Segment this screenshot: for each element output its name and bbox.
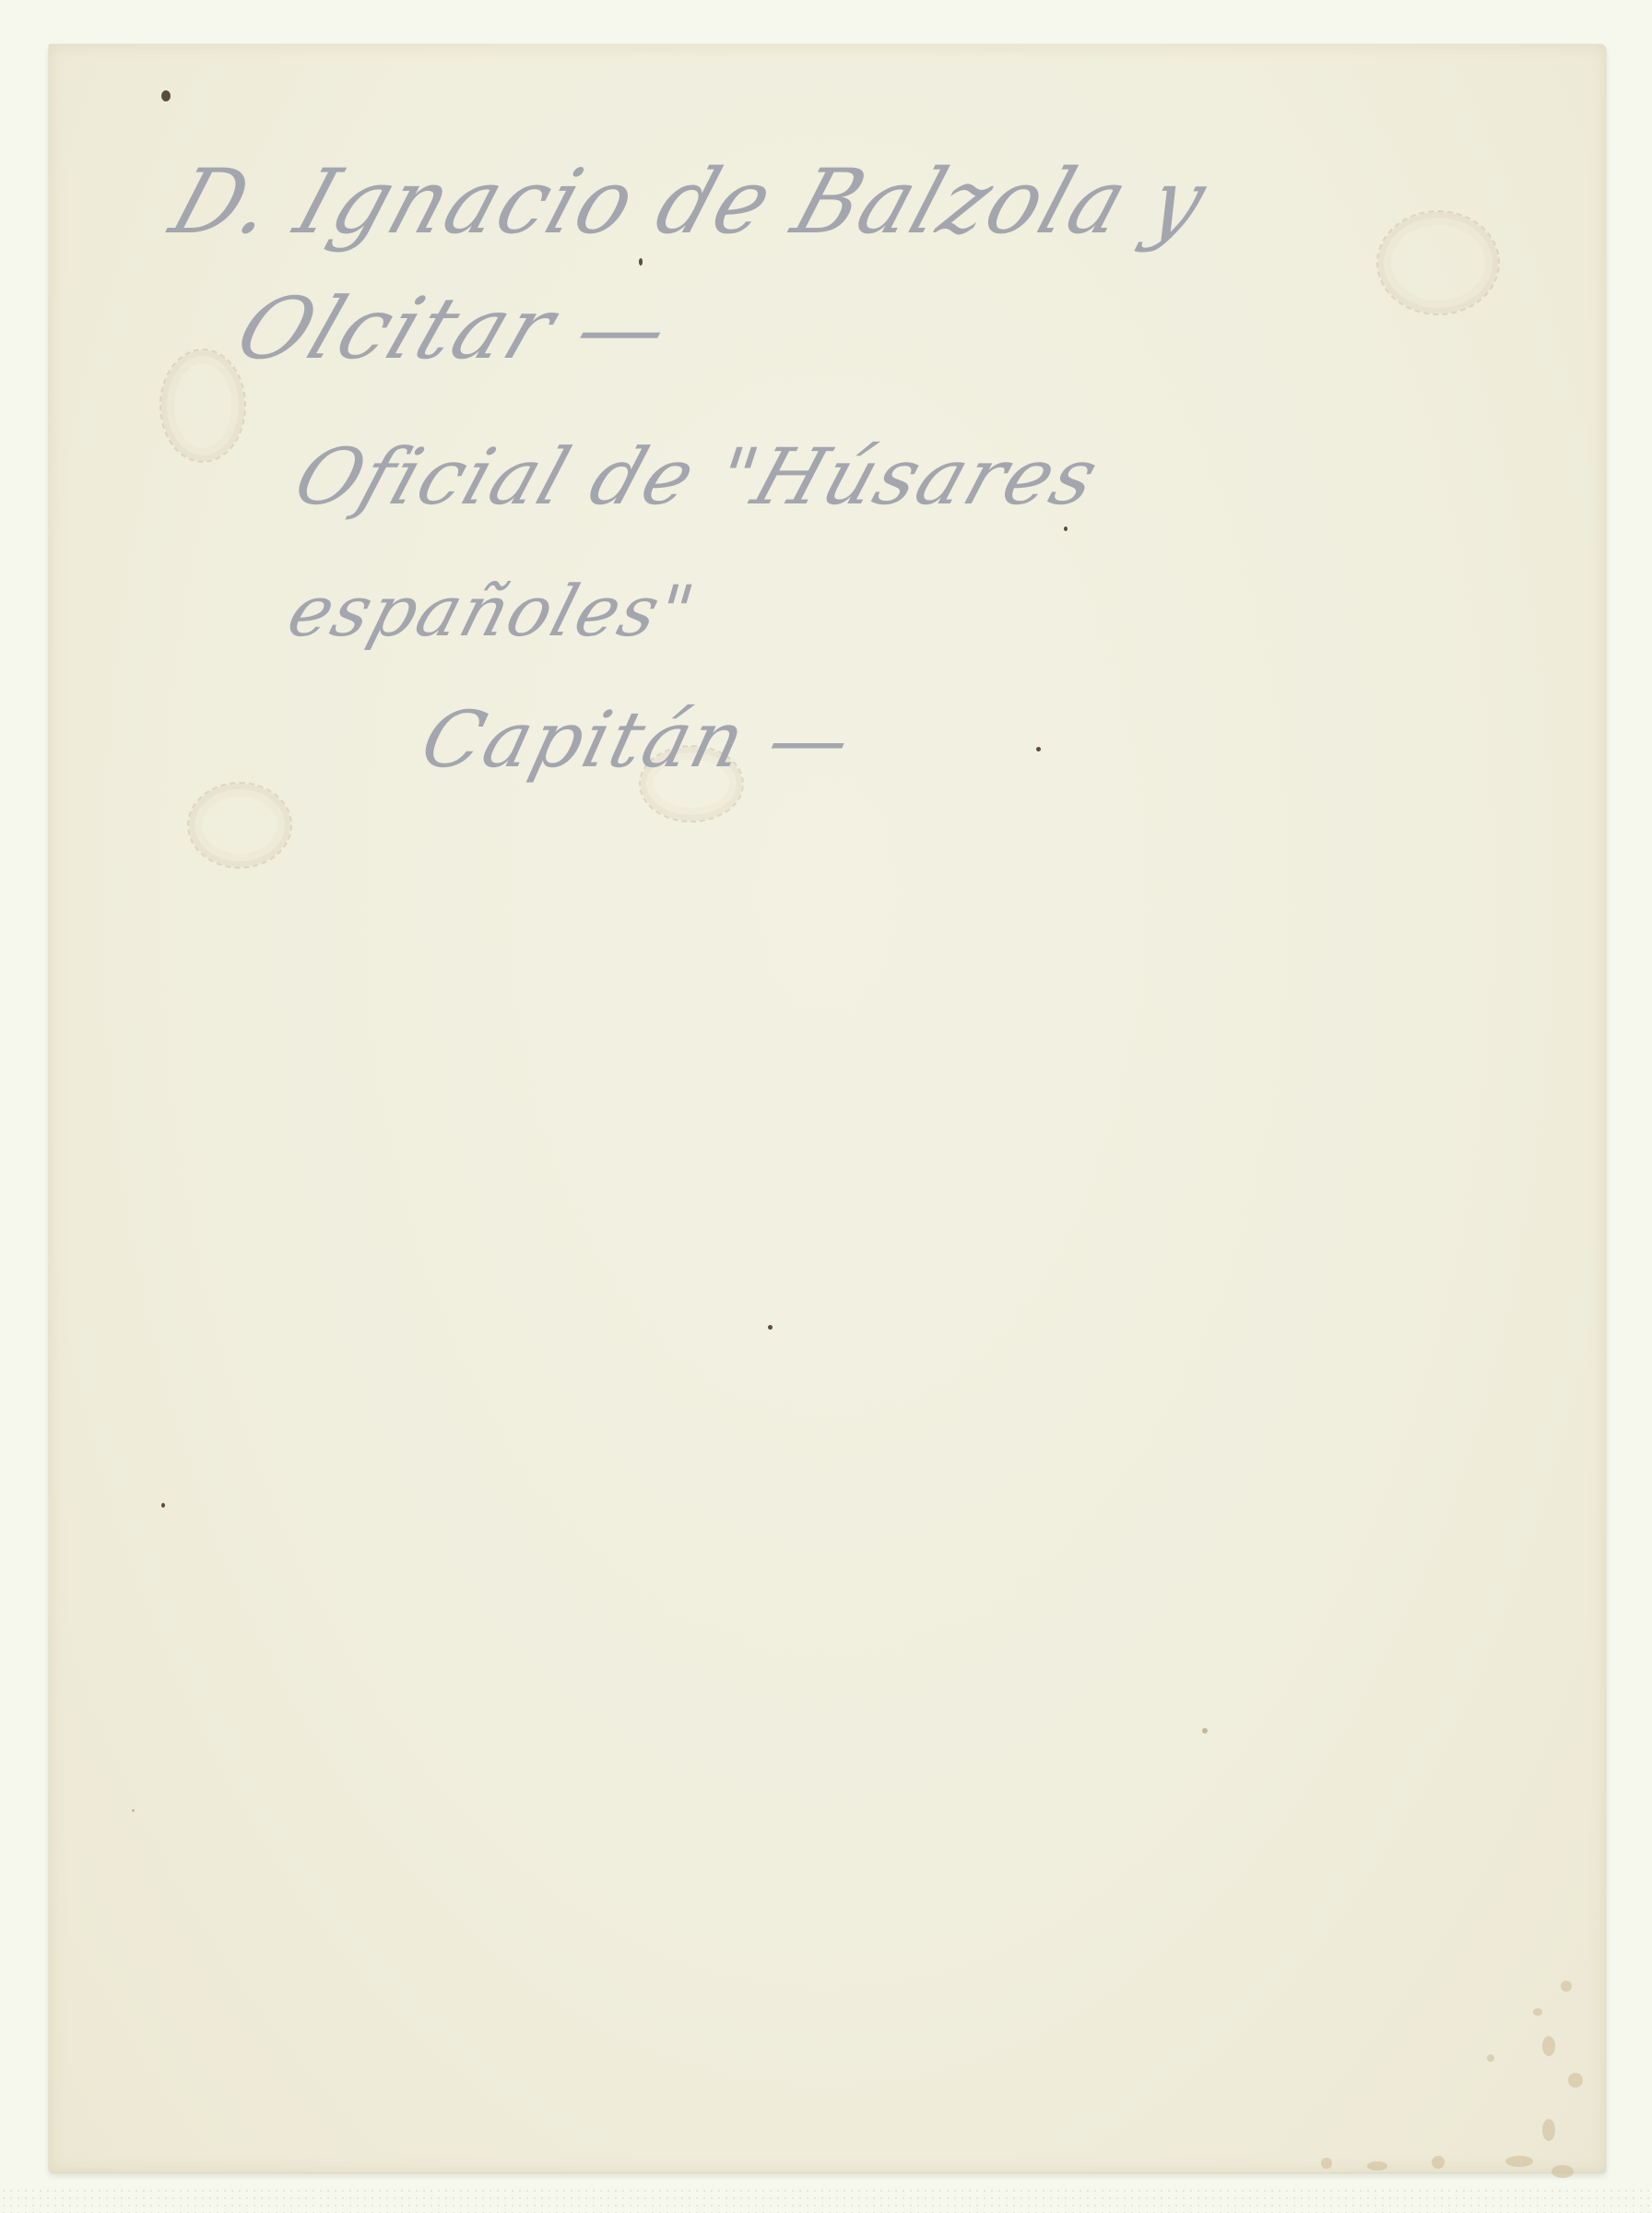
foxing-spot [1321, 2158, 1332, 2169]
foxing-spot [1561, 1981, 1572, 1992]
foxing-spot [1568, 2073, 1583, 2088]
dust-speck [132, 1809, 135, 1812]
paper-sheet: D. Ignacio de Balzola y Olcitar — Oficia… [49, 44, 1606, 2172]
ink-speck [161, 90, 171, 101]
foxing-spot [1542, 2036, 1555, 2056]
foxing-spot [1432, 2156, 1445, 2169]
inscription-line-rank: Oficial de "Húsares [284, 432, 1111, 522]
fingerprint-smudge [187, 782, 292, 869]
inscription-line-surname: Olcitar — [224, 279, 685, 378]
inscription-line-title: Capitán — [413, 694, 861, 785]
foxing-spot [1542, 2119, 1555, 2141]
fingerprint-smudge [1376, 210, 1500, 315]
ink-speck [1064, 527, 1068, 531]
ink-speck [1036, 747, 1041, 751]
inscription-line-regiment: españoles" [279, 570, 704, 652]
foxing-spot [1367, 2161, 1387, 2171]
inscription-line-name: D. Ignacio de Balzola y [159, 150, 1220, 254]
dust-speck [1202, 1728, 1208, 1734]
foxing-spot [1487, 2054, 1494, 2062]
ink-speck [639, 258, 643, 266]
scan-backdrop-pattern [0, 2187, 1652, 2213]
foxing-spot [1505, 2156, 1533, 2167]
ink-speck [161, 1503, 165, 1508]
foxing-spot [1533, 2008, 1542, 2016]
ink-speck [768, 1325, 773, 1330]
foxing-spot [1552, 2165, 1574, 2178]
